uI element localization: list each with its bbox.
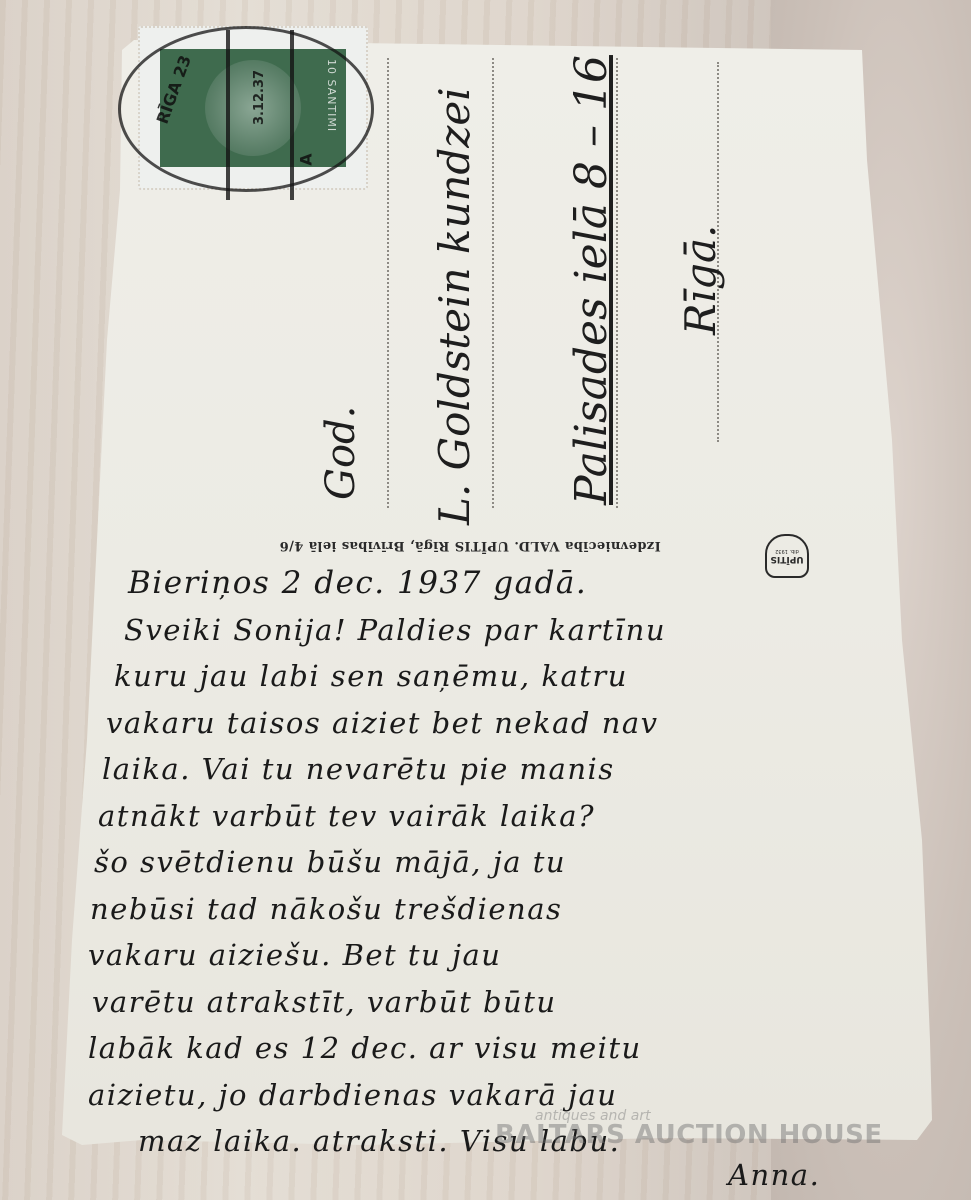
- watermark-name: BALTARS AUCTION HOUSE: [495, 1120, 883, 1150]
- address-city: Rīgā.: [676, 225, 725, 335]
- letter-line: aizietu, jo darbdienas vakarā jau: [88, 1072, 908, 1119]
- letter-line: nebūsi tad nākošu trešdienas: [88, 886, 908, 933]
- publisher-imprint: Izdevniecība VALD. UPĪTIS Rīgā, Brīvības…: [200, 538, 740, 553]
- postmark-date: 3.12.37: [252, 70, 267, 125]
- letter-line: vakaru aiziešu. Bet tu jau: [88, 932, 908, 979]
- letter-line: varētu atrakstīt, varbūt būtu: [88, 979, 908, 1026]
- logo-subtext: dib. 1932: [775, 548, 799, 554]
- postmark-bar: [290, 30, 294, 200]
- letter-signature: Anna.: [88, 1165, 908, 1185]
- address-recipient: L. Goldstein kundzei: [430, 87, 479, 525]
- letter-line: vakaru taisos aiziet bet nekad nav: [88, 700, 908, 747]
- letter-line: kuru jau labi sen saņēmu, katru: [88, 653, 908, 700]
- address-street: Palisades ielā 8 – 16: [566, 55, 617, 505]
- letter-line: labāk kad es 12 dec. ar visu meitu: [88, 1025, 908, 1072]
- address-line: [492, 58, 494, 508]
- auction-watermark: antiques and art BALTARS AUCTION HOUSE: [495, 1120, 883, 1150]
- letter-line: Sveiki Sonija! Paldies par kartīnu: [88, 607, 908, 654]
- address-line: [387, 58, 389, 508]
- stamp-value: 10 SANTIMI: [325, 59, 338, 157]
- postmark-letter: A: [297, 153, 316, 165]
- address-salutation: God.: [318, 406, 364, 500]
- postmark-bar: [226, 30, 230, 200]
- watermark-tagline: antiques and art: [535, 1108, 651, 1124]
- letter-line: atnākt varbūt tev vairāk laika?: [88, 793, 908, 840]
- handwritten-letter: Bieriņos 2 dec. 1937 gadā. Sveiki Sonija…: [88, 560, 908, 1185]
- letter-line: šo svētdienu būšu mājā, ja tu: [88, 839, 908, 886]
- letter-line: laika. Vai tu nevarētu pie manis: [88, 746, 908, 793]
- letter-dateline: Bieriņos 2 dec. 1937 gadā.: [88, 560, 908, 607]
